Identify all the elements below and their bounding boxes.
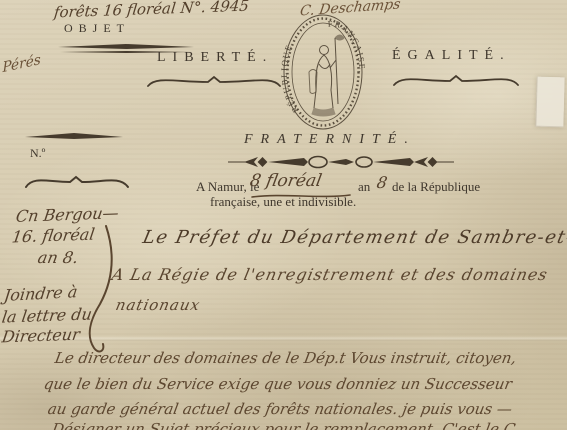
body-line: Désigner un Sujet précieux pour le rempl… <box>50 420 516 430</box>
numero-brace-ornament <box>24 173 130 190</box>
body-line: au garde général actuel des forêts natio… <box>46 400 513 418</box>
dateline-suffix: de la République <box>392 179 480 195</box>
egalite-label: ÉGALITÉ. <box>392 48 511 64</box>
liberte-label: LIBERTÉ. <box>157 50 273 66</box>
annotation-top-left: forêts 16 floréal N°. 4945 <box>53 0 250 21</box>
body-line: que le bien du Service exige que vous do… <box>42 375 513 393</box>
dateline-date-handwritten: 8 floréal <box>248 171 323 191</box>
egalite-brace-ornament <box>392 72 520 88</box>
margin-brace-stroke <box>84 224 114 354</box>
fraternite-ornament <box>228 155 454 169</box>
letter-page: forêts 16 floréal N°. 4945 C. Deschamps … <box>0 0 567 430</box>
numero-label: N.º <box>30 146 45 161</box>
dateline-an-label: an <box>358 179 370 195</box>
svg-text:RÉPUBLIQUE: RÉPUBLIQUE <box>279 42 301 114</box>
svg-text:FRANÇAISE.: FRANÇAISE. <box>327 18 367 74</box>
fraternite-label: FRATERNITÉ. <box>244 132 416 148</box>
tape-repair-patch <box>535 77 564 128</box>
objet-label: OBJET <box>64 21 130 36</box>
seal-text-left: RÉPUBLIQUE <box>279 42 301 114</box>
numero-rule <box>25 133 123 141</box>
margin-note-2: la lettre du <box>1 304 94 326</box>
liberty-figure-icon <box>309 35 344 116</box>
addressee-line-1: A La Régie de l'enregistrement et des do… <box>110 265 550 284</box>
annotation-side-left: Pérés <box>2 52 41 76</box>
addressee-line-2: nationaux <box>114 296 202 314</box>
dateline-line2: française, une et indivisible. <box>210 194 356 210</box>
republic-seal: RÉPUBLIQUE FRANÇAISE. <box>283 12 365 132</box>
salutation-line: Le Préfet du Département de Sambre-et-Me… <box>141 227 567 248</box>
margin-note-1: Joindre à <box>3 282 79 305</box>
body-line: Le directeur des domaines de le Dép.t Vo… <box>53 349 517 367</box>
liberte-brace-ornament <box>146 73 282 89</box>
margin-note-3: Directeur <box>1 325 82 347</box>
margin-note-name: Cn Bergou— <box>15 203 120 226</box>
margin-note-year: an 8. <box>36 248 80 267</box>
dateline-an-handwritten: 8 <box>375 173 389 192</box>
seal-text-right: FRANÇAISE. <box>327 18 367 74</box>
